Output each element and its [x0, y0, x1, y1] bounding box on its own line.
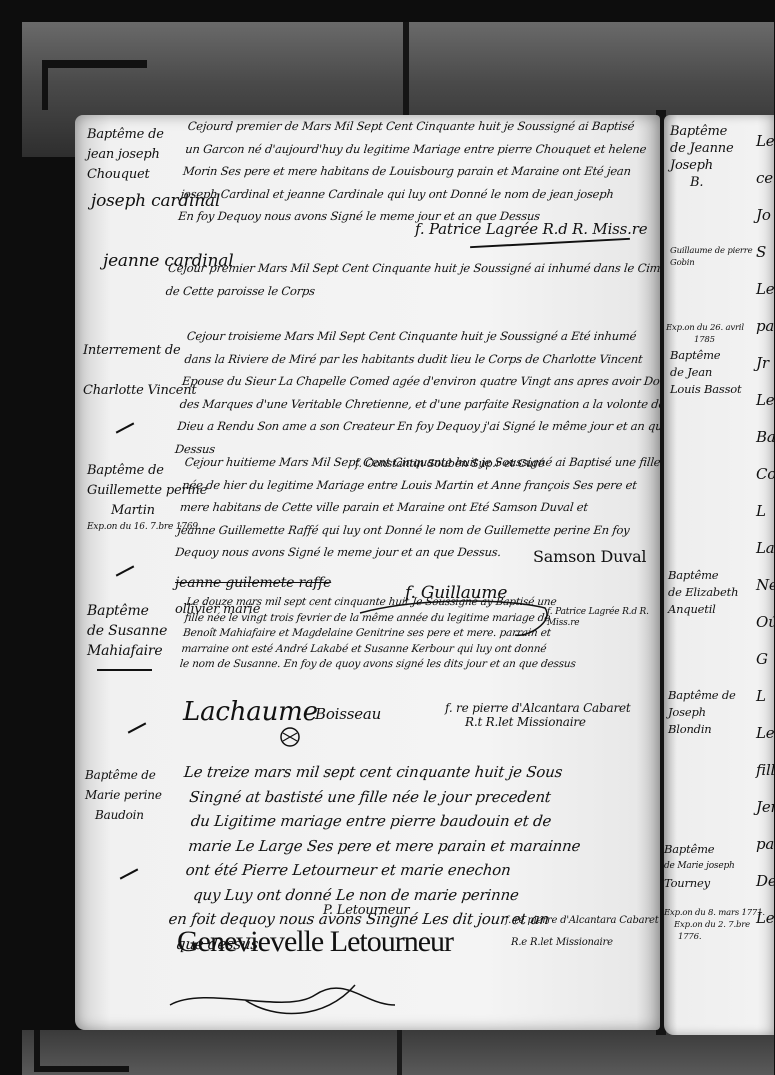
signature: P. Letourneur	[323, 903, 409, 918]
signature-paraph	[275, 725, 305, 749]
margin-note: Baptême de Joseph Blondin	[668, 687, 736, 738]
margin-note: Baptême de Elizabeth Anquetil	[668, 567, 738, 618]
entry-text: Cejour premier Mars Mil Sept Cent Cinqua…	[165, 257, 660, 302]
signature: Boisseau	[315, 705, 381, 723]
margin-note: Exp.on du 8. mars 1771. Exp.on du 2. 7.b…	[664, 907, 765, 943]
margin-dash	[120, 868, 139, 879]
microfilm-backboard-bottom	[22, 1030, 774, 1075]
signature-flourish	[165, 975, 405, 1025]
page-clip	[34, 1030, 40, 1070]
signature: Genevievelle Letourneur	[177, 925, 453, 959]
margin-dash	[116, 422, 135, 433]
signature: f. re pierre d'Alcantara Cabaret R.t R.l…	[445, 701, 631, 729]
page-edge-text: Le ce Jo S Le pa Jr Le Ba Co L La Ne Oú …	[756, 123, 774, 937]
signature: f. Patrice Lagrée R.d R. Miss.re	[415, 220, 647, 238]
margin-underline	[97, 669, 152, 671]
margin-note: Exp.on du 26. avril 1785	[666, 322, 744, 346]
entry-text: Cejourd premier de Mars Mil Sept Cent Ci…	[177, 115, 650, 228]
signature: Lachaume	[183, 697, 318, 727]
margin-note: Baptême de Susanne Mahiafaire	[87, 601, 167, 661]
entry-text: Cejour troisieme Mars Mil Sept Cent Cinq…	[174, 325, 660, 460]
signature: Samson Duval	[533, 547, 646, 566]
margin-note: Baptême de Marie perine Baudoin	[85, 765, 162, 825]
adjacent-page: Baptême de Jeanne Joseph B. Guillaume de…	[664, 115, 774, 1035]
margin-note: Interrement de Charlotte Vincent	[83, 341, 196, 401]
backboard-seam	[397, 1030, 402, 1075]
page-clip-arm	[34, 1066, 129, 1072]
signature: f. re pierre d'Alcantara Cabaret R.e R.l…	[505, 910, 659, 954]
margin-note: Baptême de Jeanne Joseph B.	[670, 123, 733, 191]
signature-underline	[470, 238, 630, 248]
margin-dash	[116, 565, 135, 576]
page-clip-arm	[42, 60, 147, 68]
margin-dash	[128, 722, 147, 733]
signature: jeanne guilemete raffe	[175, 575, 331, 591]
register-page: Baptême de jean joseph Chouquet joseph c…	[75, 115, 660, 1030]
margin-note: Guillaume de pierre Gobin	[670, 245, 752, 269]
margin-note: Baptême de jean joseph Chouquet	[87, 125, 164, 185]
entry-text: Le douze mars mil sept cent cinquante hu…	[179, 595, 583, 673]
margin-note: Baptême de Jean Louis Bassot	[670, 347, 741, 398]
margin-note: Baptême de Marie joseph Tourney	[664, 841, 735, 892]
